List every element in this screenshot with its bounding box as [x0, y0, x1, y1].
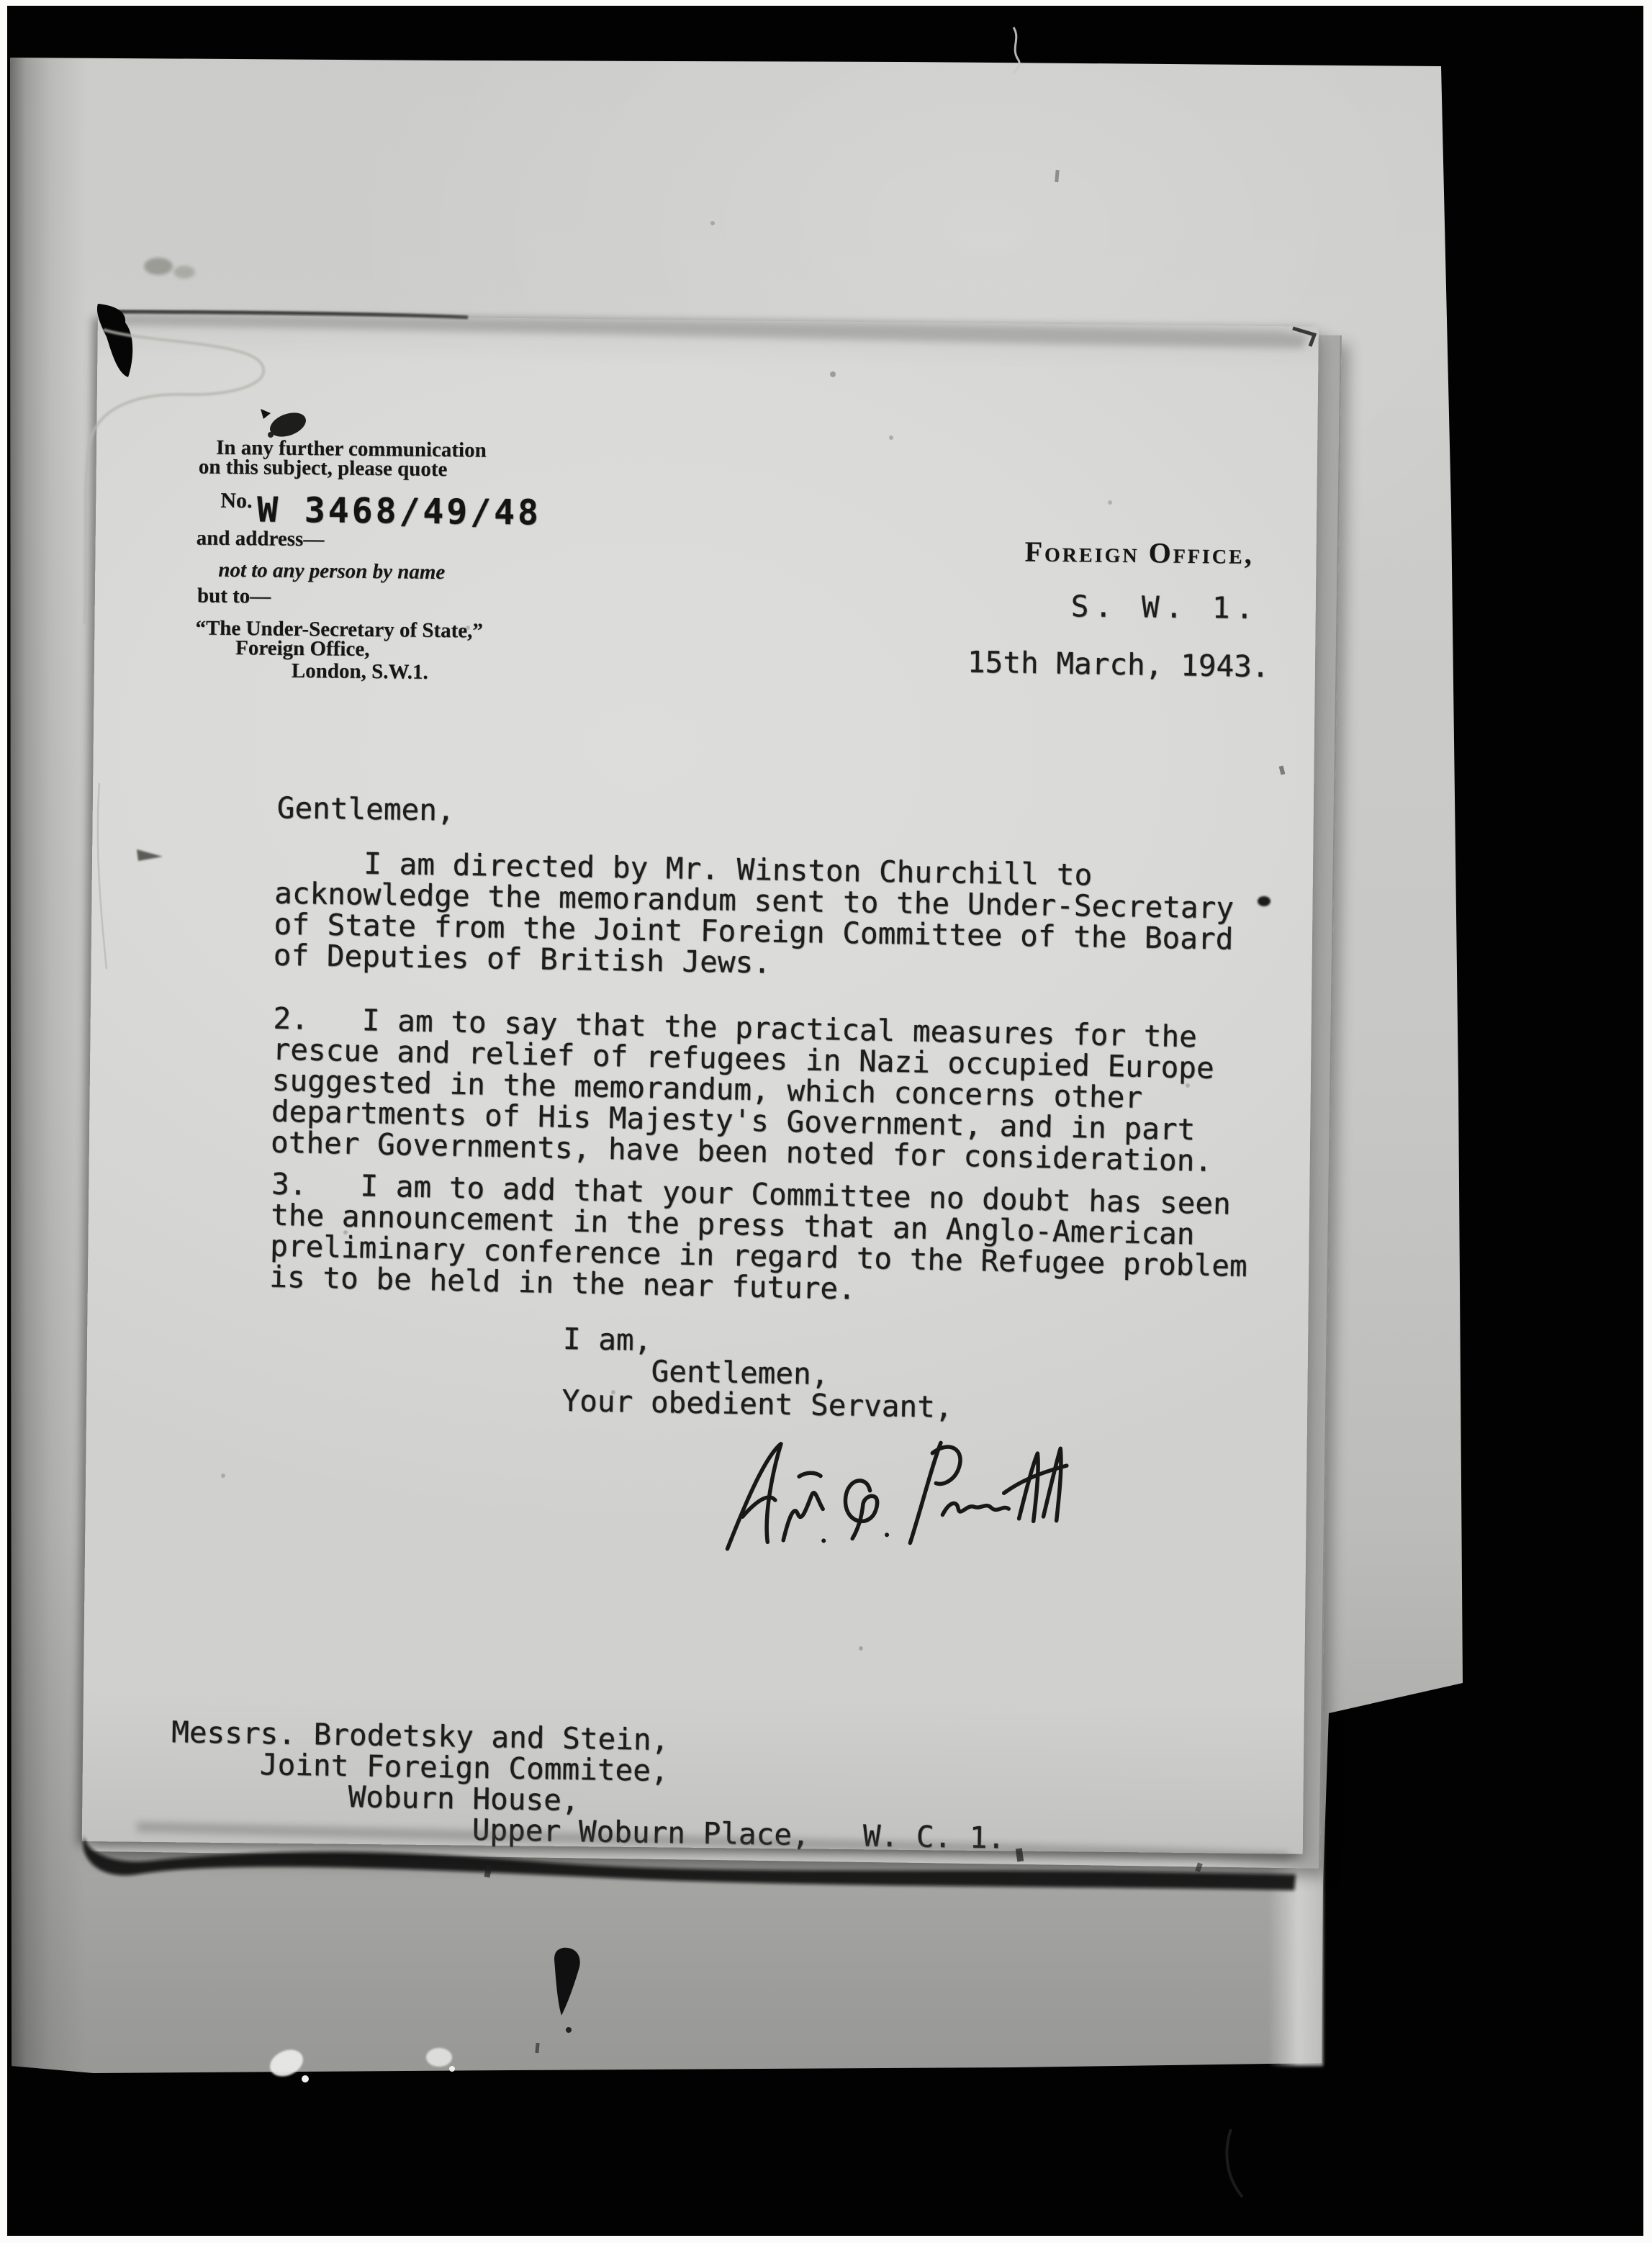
- letterhead-note-line2: on this subject, please quote: [199, 455, 448, 481]
- office-name: Foreign Office,: [1024, 541, 1253, 566]
- white-paint-fleck: [302, 2075, 309, 2082]
- recipient-address: Messrs. Brodetsky and Stein, Joint Forei…: [170, 1717, 1007, 1854]
- paragraph-3: 3. I am to add that your Committee no do…: [269, 1169, 1249, 1313]
- closing-valediction: I am, Gentlemen,Your obedient Servant,: [561, 1324, 954, 1423]
- letterhead-no-label: No.: [220, 489, 253, 513]
- photograph-of-letter: In any further communication on this sub…: [7, 6, 1643, 2236]
- letterhead-addressee-office: Foreign Office,: [235, 636, 370, 661]
- signature-handwriting: [712, 1425, 1089, 1571]
- letterhead-not-to-person: not to any person by name: [218, 559, 445, 584]
- letter-date: 15th March, 1943.: [967, 647, 1270, 683]
- letter-page: In any further communication on this sub…: [82, 314, 1319, 1854]
- typed-line: Your obedient Servant,: [561, 1386, 953, 1423]
- paragraph-2: 2. I am to say that the practical measur…: [271, 1003, 1215, 1177]
- letterhead-but-to: but to—: [197, 584, 271, 608]
- salutation: Gentlemen,: [277, 793, 455, 826]
- paragraph-1: I am directed by Mr. Winston Churchill t…: [274, 847, 1235, 986]
- letterhead-addressee-city: London, S.W.1.: [292, 659, 428, 684]
- film-scratch-mark: [1227, 2129, 1242, 2197]
- letterhead-and-address: and address—: [197, 526, 325, 551]
- reference-number: W 3468/49/48: [257, 495, 541, 528]
- office-district: S. W. 1.: [1071, 591, 1260, 624]
- photo-frame: In any further communication on this sub…: [0, 0, 1652, 2243]
